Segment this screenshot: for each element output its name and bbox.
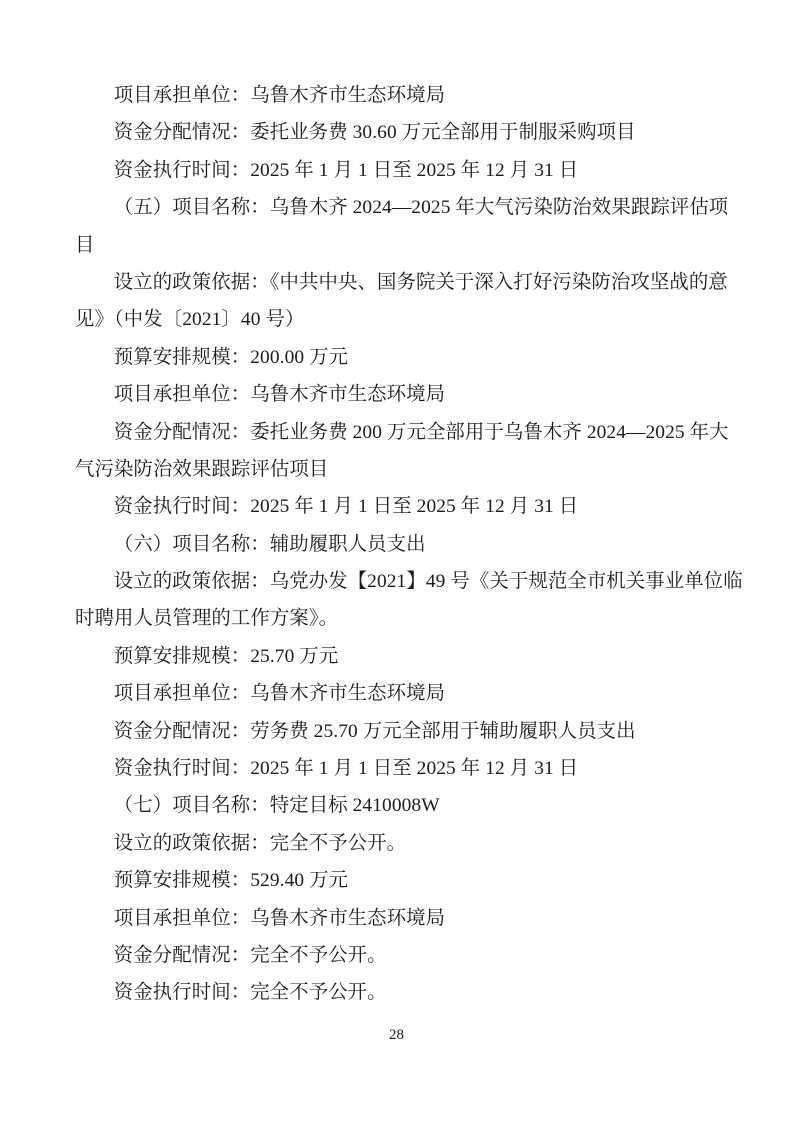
text-line: 气污染防治效果跟踪评估项目 bbox=[75, 451, 765, 488]
text-line: 设立的政策依据：乌党办发【2021】49 号《关于规范全市机关事业单位临 bbox=[75, 563, 765, 600]
text-line: 时聘用人员管理的工作方案》。 bbox=[75, 600, 765, 637]
text-line: 预算安排规模：200.00 万元 bbox=[75, 339, 765, 376]
text-line: 资金执行时间：2025 年 1 月 1 日至 2025 年 12 月 31 日 bbox=[75, 488, 765, 525]
document-page: 项目承担单位：乌鲁木齐市生态环境局资金分配情况：委托业务费 30.60 万元全部… bbox=[0, 0, 793, 1122]
text-line: 资金分配情况：劳务费 25.70 万元全部用于辅助履职人员支出 bbox=[75, 713, 765, 750]
text-line: 资金分配情况：委托业务费 30.60 万元全部用于制服采购项目 bbox=[75, 114, 765, 151]
text-line: （五）项目名称：乌鲁木齐 2024—2025 年大气污染防治效果跟踪评估项 bbox=[75, 189, 765, 226]
text-line: 资金执行时间：2025 年 1 月 1 日至 2025 年 12 月 31 日 bbox=[75, 152, 765, 189]
page-number: 28 bbox=[0, 1026, 793, 1044]
text-line: 设立的政策依据：《中共中央、国务院关于深入打好污染防治攻坚战的意 bbox=[75, 264, 765, 301]
text-line: （六）项目名称：辅助履职人员支出 bbox=[75, 526, 765, 563]
text-line: 项目承担单位：乌鲁木齐市生态环境局 bbox=[75, 77, 765, 114]
text-line: 目 bbox=[75, 227, 765, 264]
text-line: 资金分配情况：委托业务费 200 万元全部用于乌鲁木齐 2024—2025 年大 bbox=[75, 414, 765, 451]
text-line: 预算安排规模：529.40 万元 bbox=[75, 862, 765, 899]
text-line: 设立的政策依据：完全不予公开。 bbox=[75, 825, 765, 862]
text-line: 项目承担单位：乌鲁木齐市生态环境局 bbox=[75, 900, 765, 937]
text-line: 见》（中发〔2021〕40 号） bbox=[75, 301, 765, 338]
text-line: 资金执行时间：2025 年 1 月 1 日至 2025 年 12 月 31 日 bbox=[75, 750, 765, 787]
text-line: 项目承担单位：乌鲁木齐市生态环境局 bbox=[75, 675, 765, 712]
text-line: 资金执行时间：完全不予公开。 bbox=[75, 974, 765, 1011]
document-body: 项目承担单位：乌鲁木齐市生态环境局资金分配情况：委托业务费 30.60 万元全部… bbox=[75, 77, 765, 1012]
text-line: 资金分配情况：完全不予公开。 bbox=[75, 937, 765, 974]
text-line: 项目承担单位：乌鲁木齐市生态环境局 bbox=[75, 376, 765, 413]
text-line: （七）项目名称：特定目标 2410008W bbox=[75, 787, 765, 824]
text-line: 预算安排规模：25.70 万元 bbox=[75, 638, 765, 675]
